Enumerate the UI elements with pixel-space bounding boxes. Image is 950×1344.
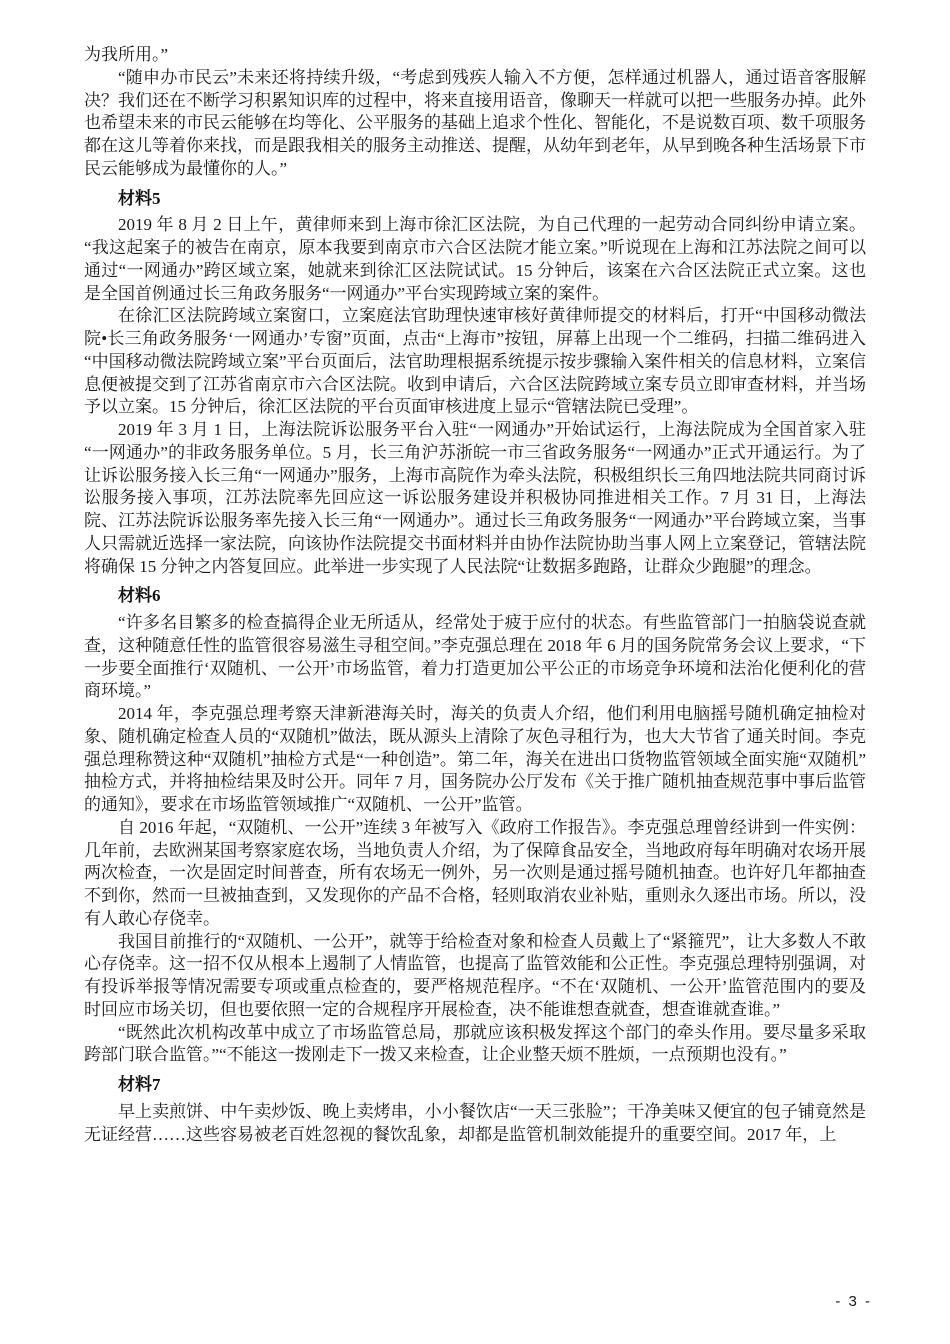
material-5-heading: 材料5 — [84, 188, 866, 211]
document-body: 为我所用。” “随申办市民云”未来还将持续升级，“考虑到残疾人输入不方便，怎样通… — [84, 44, 866, 1146]
paragraph: 在徐汇区法院跨域立案窗口，立案庭法官助理快速审核好黄律师提交的材料后，打开“中国… — [84, 305, 866, 419]
material-7-heading: 材料7 — [84, 1074, 866, 1097]
paragraph: “许多名目繁多的检查搞得企业无所适从，经常处于疲于应付的状态。有些监管部门一拍脑… — [84, 612, 866, 703]
paragraph-continued: 为我所用。” — [84, 44, 866, 67]
material-6-heading: 材料6 — [84, 585, 866, 608]
paragraph: 自 2016 年起，“双随机、一公开”连续 3 年被写入《政府工作报告》。李克强… — [84, 817, 866, 931]
document-page: 为我所用。” “随申办市民云”未来还将持续升级，“考虑到残疾人输入不方便，怎样通… — [0, 0, 950, 1344]
page-number: - 3 - — [835, 1293, 872, 1310]
paragraph: 2019 年 8 月 2 日上午，黄律师来到上海市徐汇区法院，为自己代理的一起劳… — [84, 214, 866, 305]
paragraph: 2014 年，李克强总理考察天津新港海关时，海关的负责人介绍，他们利用电脑摇号随… — [84, 703, 866, 817]
paragraph: 我国目前推行的“双随机、一公开”，就等于给检查对象和检查人员戴上了“紧箍咒”，让… — [84, 931, 866, 1022]
paragraph: 早上卖煎饼、中午卖炒饭、晚上卖烤串，小小餐饮店“一天三张脸”；干净美味又便宜的包… — [84, 1101, 866, 1147]
paragraph: “既然此次机构改革中成立了市场监管总局，那就应该积极发挥这个部门的牵头作用。要尽… — [84, 1022, 866, 1068]
paragraph: 2019 年 3 月 1 日，上海法院诉讼服务平台入驻“一网通办”开始试运行，上… — [84, 419, 866, 578]
paragraph: “随申办市民云”未来还将持续升级，“考虑到残疾人输入不方便，怎样通过机器人，通过… — [84, 67, 866, 181]
